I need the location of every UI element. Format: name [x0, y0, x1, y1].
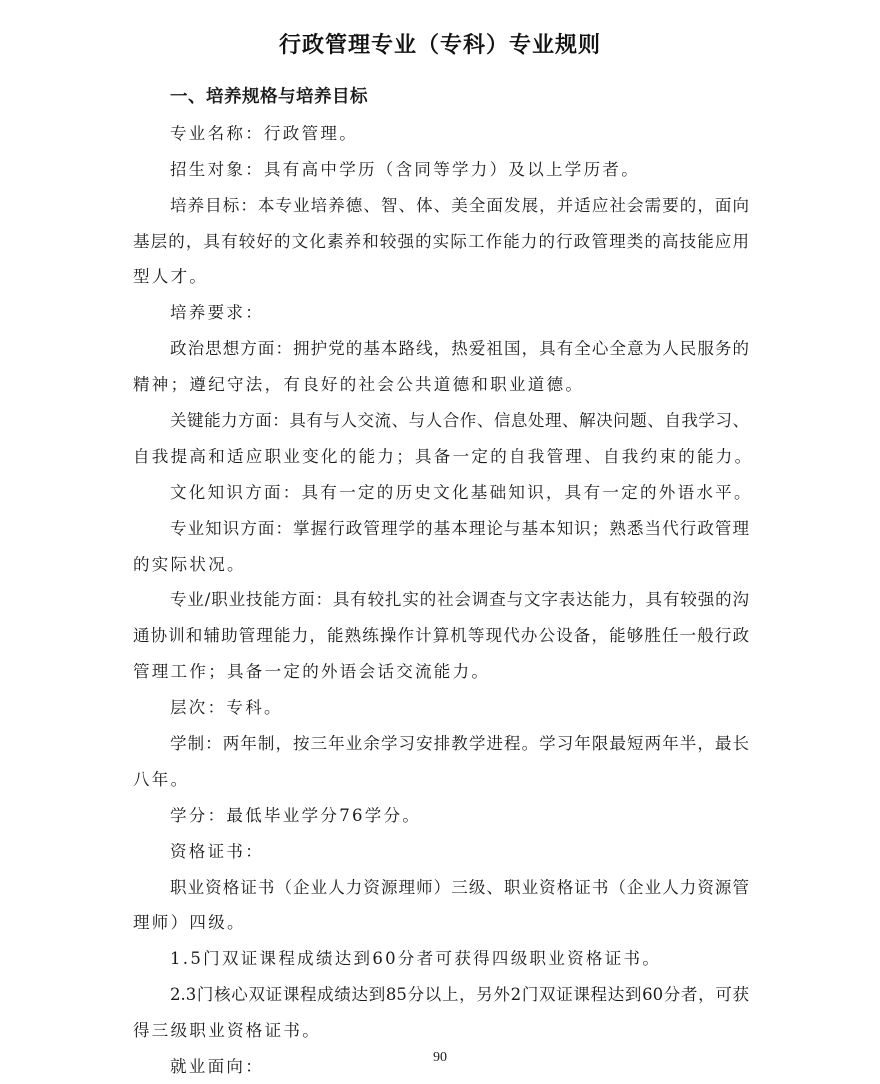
section-heading: 一、培养规格与培养目标	[133, 80, 749, 116]
text-line: 自我提高和适应职业变化的能力；具备一定的自我管理、自我约束的能力。	[133, 439, 749, 475]
text-line: 学制：两年制，按三年业余学习安排教学进程。学习年限最短两年半，最长	[133, 726, 749, 762]
text-line: 通协训和辅助管理能力，能熟练操作计算机等现代办公设备，能够胜任一般行政	[133, 618, 749, 654]
text-line: 培养要求：	[133, 295, 749, 331]
text-line: 专业知识方面：掌握行政管理学的基本理论与基本知识；熟悉当代行政管理	[133, 511, 749, 547]
text-line: 层次：专科。	[133, 690, 749, 726]
text-line: 型人才。	[133, 259, 749, 295]
text-line: 精神；遵纪守法，有良好的社会公共道德和职业道德。	[133, 367, 749, 403]
text-line: 专业/职业技能方面：具有较扎实的社会调查与文字表达能力，具有较强的沟	[133, 582, 749, 618]
text-line: 基层的，具有较好的文化素养和较强的实际工作能力的行政管理类的高技能应用	[133, 224, 749, 260]
document-body: 一、培养规格与培养目标 专业名称：行政管理。招生对象：具有高中学历（含同等学力）…	[133, 80, 749, 1084]
text-line: 学分：最低毕业学分76学分。	[133, 798, 749, 834]
document-title: 行政管理专业（专科）专业规则	[0, 28, 880, 59]
text-line: 培养目标：本专业培养德、智、体、美全面发展，并适应社会需要的，面向	[133, 188, 749, 224]
text-line: 关键能力方面：具有与人交流、与人合作、信息处理、解决问题、自我学习、	[133, 403, 749, 439]
text-line: 招生对象：具有高中学历（含同等学力）及以上学历者。	[133, 152, 749, 188]
text-line: 得三级职业资格证书。	[133, 1013, 749, 1049]
text-line: 文化知识方面：具有一定的历史文化基础知识，具有一定的外语水平。	[133, 475, 749, 511]
text-line: 八年。	[133, 762, 749, 798]
document-page: 行政管理专业（专科）专业规则 一、培养规格与培养目标 专业名称：行政管理。招生对…	[0, 0, 880, 1084]
text-line: 管理工作；具备一定的外语会话交流能力。	[133, 654, 749, 690]
text-line: 理师）四级。	[133, 905, 749, 941]
text-line: 政治思想方面：拥护党的基本路线，热爱祖国，具有全心全意为人民服务的	[133, 331, 749, 367]
text-line: 1.5门双证课程成绩达到60分者可获得四级职业资格证书。	[133, 941, 749, 977]
text-line: 2.3门核心双证课程成绩达到85分以上，另外2门双证课程达到60分者，可获	[133, 977, 749, 1013]
text-line: 职业资格证书（企业人力资源理师）三级、职业资格证书（企业人力资源管	[133, 870, 749, 906]
text-line: 资格证书：	[133, 834, 749, 870]
text-line: 的实际状况。	[133, 547, 749, 583]
page-number: 90	[0, 1050, 880, 1066]
paragraph-lines: 专业名称：行政管理。招生对象：具有高中学历（含同等学力）及以上学历者。培养目标：…	[133, 116, 749, 1084]
text-line: 专业名称：行政管理。	[133, 116, 749, 152]
